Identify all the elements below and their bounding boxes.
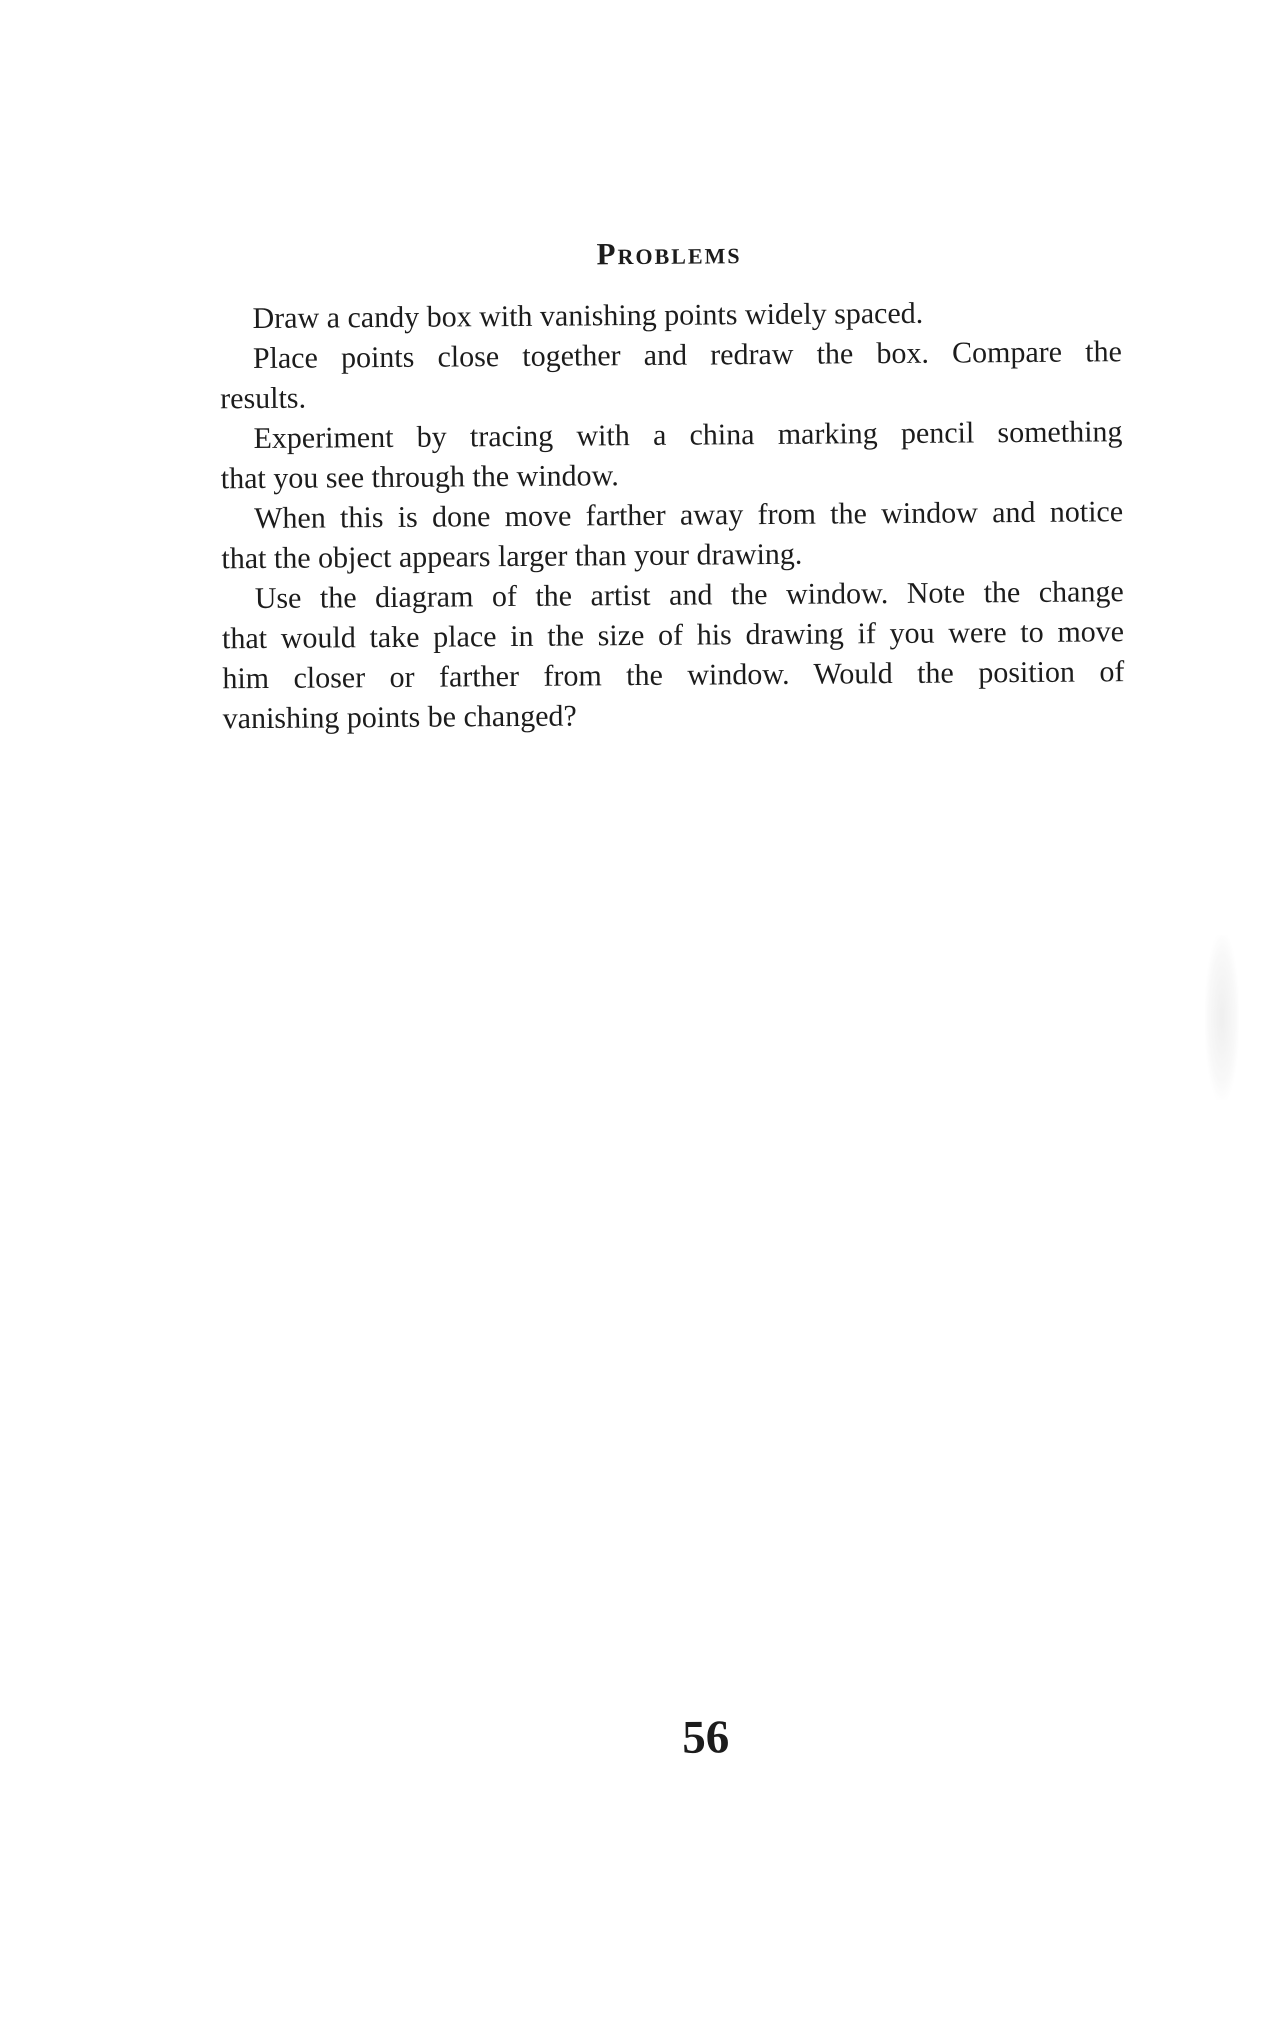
page-content: Problems Draw a candy box with vanishing…: [0, 0, 1280, 2043]
book-page: Problems Draw a candy box with vanishing…: [0, 0, 1280, 2043]
text-block: Draw a candy box with vanishing points w…: [219, 292, 1124, 739]
text-line: him closer or farther from the window. W…: [222, 652, 1124, 699]
paragraph: Place points close together and redraw t…: [220, 332, 1123, 419]
page-title: Problems: [218, 229, 1120, 278]
text-line: vanishing points be changed?: [223, 692, 1125, 739]
text-line: Draw a candy box with vanishing points w…: [219, 292, 1121, 339]
text-line: Experiment by tracing with a china marki…: [220, 412, 1122, 459]
page-number: 56: [257, 1709, 1155, 1766]
text-line: results.: [220, 372, 1122, 419]
paragraph: Use the diagram of the artist and the wi…: [222, 572, 1125, 739]
text-line: that you see through the window.: [221, 452, 1123, 499]
text-line: that would take place in the size of his…: [222, 612, 1124, 659]
text-line: Use the diagram of the artist and the wi…: [222, 572, 1124, 619]
text-line: that the object appears larger than your…: [221, 532, 1123, 579]
paragraph: When this is done move farther away from…: [221, 492, 1124, 579]
text-line: When this is done move farther away from…: [221, 492, 1123, 539]
paragraph: Experiment by tracing with a china marki…: [220, 412, 1123, 499]
paragraph: Draw a candy box with vanishing points w…: [219, 292, 1121, 339]
text-line: Place points close together and redraw t…: [220, 332, 1122, 379]
